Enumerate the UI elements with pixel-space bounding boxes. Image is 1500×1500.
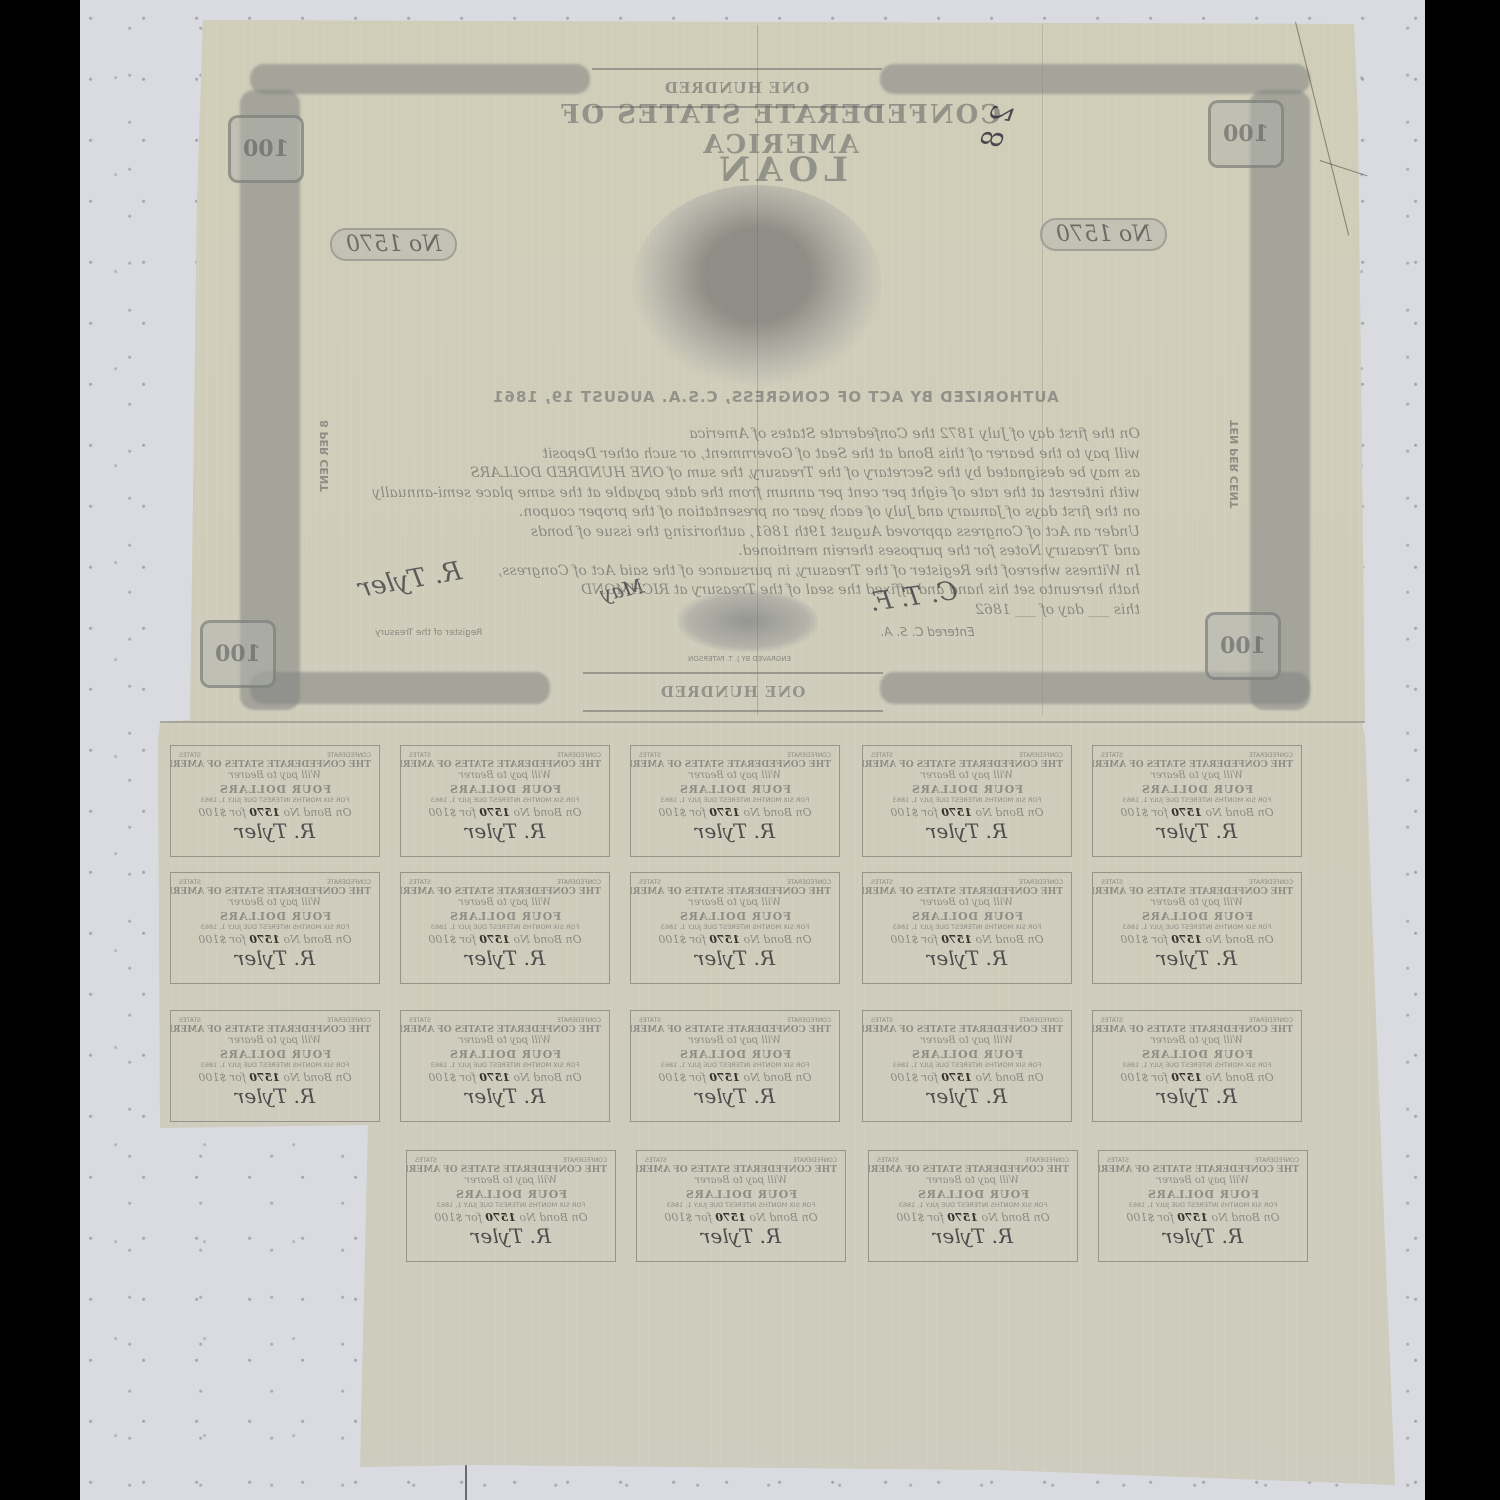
interest-coupon-r2-c1: CONFEDERATESTATES THE CONFEDERATE STATES… bbox=[170, 872, 380, 984]
border-top-right bbox=[880, 64, 1310, 94]
body-line: Under an Act of Congress approved August… bbox=[320, 523, 1140, 543]
body-line: will pay to the bearer of this Bond at t… bbox=[320, 445, 1140, 465]
corner-denomination-bl: 100 bbox=[200, 620, 276, 688]
signature-treasurer-caption: Entered C. S. A. bbox=[880, 625, 975, 639]
engraver-caption: ENGRAVED BY J. T. PATERSON bbox=[688, 655, 791, 663]
border-left bbox=[240, 90, 300, 710]
body-line: with interest at the rate of eight per c… bbox=[320, 484, 1140, 504]
border-bottom-left bbox=[250, 672, 550, 704]
interest-coupon-r1-c2: CONFEDERATESTATES THE CONFEDERATE STATES… bbox=[400, 745, 610, 857]
interest-coupon-r3-c1: CONFEDERATESTATES THE CONFEDERATE STATES… bbox=[170, 1010, 380, 1122]
side-label-right: TEN PER CENT bbox=[1228, 420, 1241, 508]
interest-coupon-r3-c3: CONFEDERATESTATES THE CONFEDERATE STATES… bbox=[630, 1010, 840, 1122]
interest-coupon-r4-c2: CONFEDERATESTATES THE CONFEDERATE STATES… bbox=[406, 1150, 616, 1262]
interest-coupon-r3-c4: CONFEDERATESTATES THE CONFEDERATE STATES… bbox=[862, 1010, 1072, 1122]
interest-coupon-r3-c2: CONFEDERATESTATES THE CONFEDERATE STATES… bbox=[400, 1010, 610, 1122]
interest-coupon-r1-c5: CONFEDERATESTATES THE CONFEDERATE STATES… bbox=[1092, 745, 1302, 857]
signature-register-caption: Register of the Treasury bbox=[375, 628, 482, 638]
interest-coupon-r4-c5: CONFEDERATESTATES THE CONFEDERATE STATES… bbox=[1098, 1150, 1308, 1262]
body-line: on the first days of January and July of… bbox=[320, 503, 1140, 523]
interest-coupon-r1-c1: CONFEDERATESTATES THE CONFEDERATE STATES… bbox=[170, 745, 380, 857]
corner-denomination-tl: 100 bbox=[228, 115, 304, 183]
border-top-left bbox=[250, 64, 590, 94]
fold-line-horizontal bbox=[160, 721, 1365, 723]
serial-number-right: No 1570 bbox=[1040, 218, 1167, 251]
interest-coupon-r2-c2: CONFEDERATESTATES THE CONFEDERATE STATES… bbox=[400, 872, 610, 984]
serial-number-left: No 1570 bbox=[330, 228, 457, 261]
interest-coupon-r2-c5: CONFEDERATESTATES THE CONFEDERATE STATES… bbox=[1092, 872, 1302, 984]
interest-coupon-r4-c3: CONFEDERATESTATES THE CONFEDERATE STATES… bbox=[636, 1150, 846, 1262]
body-line: as may be designated by the Secretary of… bbox=[320, 464, 1140, 484]
interest-coupon-r2-c3: CONFEDERATESTATES THE CONFEDERATE STATES… bbox=[630, 872, 840, 984]
portrait-vignette bbox=[632, 185, 882, 385]
corner-denomination-br: 100 bbox=[1205, 612, 1281, 680]
ship-vignette bbox=[678, 590, 818, 652]
interest-coupon-r2-c4: CONFEDERATESTATES THE CONFEDERATE STATES… bbox=[862, 872, 1072, 984]
bottom-denomination-banner: ONE HUNDRED bbox=[583, 672, 883, 712]
interest-coupon-r3-c5: CONFEDERATESTATES THE CONFEDERATE STATES… bbox=[1092, 1010, 1302, 1122]
interest-coupon-r4-c4: CONFEDERATESTATES THE CONFEDERATE STATES… bbox=[868, 1150, 1078, 1262]
corner-denomination-tr: 100 bbox=[1208, 100, 1284, 168]
interest-coupon-r1-c3: CONFEDERATESTATES THE CONFEDERATE STATES… bbox=[630, 745, 840, 857]
body-line: On the first day of July 1872 the Confed… bbox=[320, 425, 1140, 445]
authorized-line: AUTHORIZED BY ACT OF CONGRESS, C.S.A. AU… bbox=[455, 388, 1095, 406]
bond-subtitle-loan: LOAN bbox=[630, 150, 930, 190]
interest-coupon-r1-c4: CONFEDERATESTATES THE CONFEDERATE STATES… bbox=[862, 745, 1072, 857]
